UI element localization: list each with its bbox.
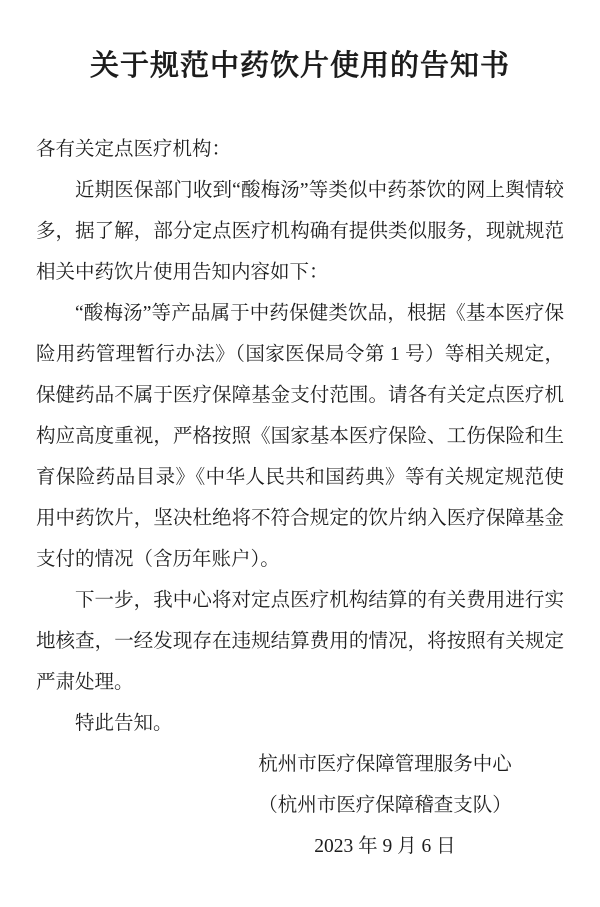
salutation-line: 各有关定点医疗机构： bbox=[36, 129, 564, 170]
closing-line: 特此告知。 bbox=[36, 703, 564, 744]
notice-body: 各有关定点医疗机构： 近期医保部门收到“酸梅汤”等类似中药茶饮的网上舆情较多，据… bbox=[36, 129, 564, 867]
paragraph-intro: 近期医保部门收到“酸梅汤”等类似中药茶饮的网上舆情较多，据了解，部分定点医疗机构… bbox=[36, 170, 564, 293]
signature-block: 杭州市医疗保障管理服务中心 （杭州市医疗保障稽查支队） 2023 年 9 月 6… bbox=[36, 744, 564, 867]
notice-document-page: 关于规范中药饮片使用的告知书 各有关定点医疗机构： 近期医保部门收到“酸梅汤”等… bbox=[0, 0, 600, 907]
signature-sub-organization: （杭州市医疗保障稽查支队） bbox=[206, 785, 564, 826]
paragraph-policy: “酸梅汤”等产品属于中药保健类饮品，根据《基本医疗保险用药管理暂行办法》（国家医… bbox=[36, 293, 564, 580]
signature-date: 2023 年 9 月 6 日 bbox=[206, 826, 564, 867]
notice-title: 关于规范中药饮片使用的告知书 bbox=[0, 0, 600, 86]
paragraph-enforcement: 下一步，我中心将对定点医疗机构结算的有关费用进行实地核查，一经发现存在违规结算费… bbox=[36, 580, 564, 703]
signature-organization: 杭州市医疗保障管理服务中心 bbox=[206, 744, 564, 785]
